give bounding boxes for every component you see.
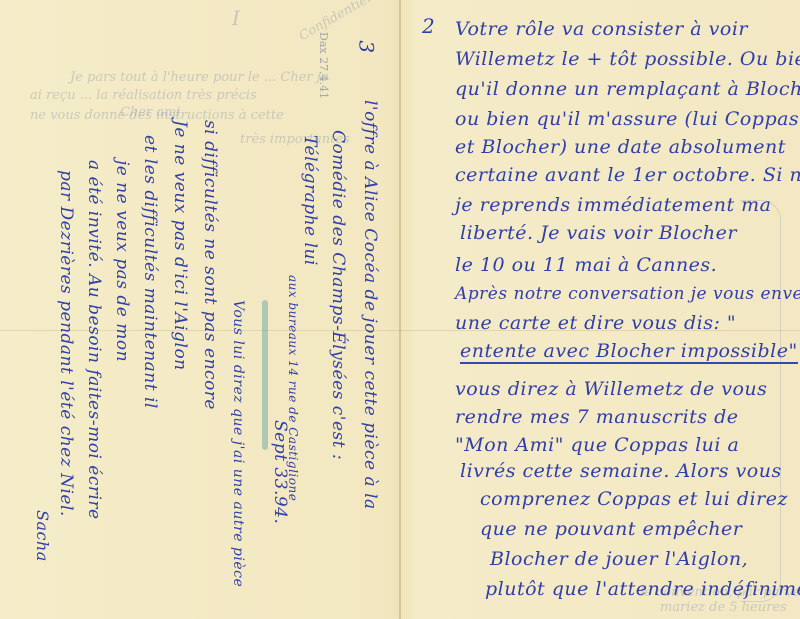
letter-line: plutôt que l'attendre indéfiniment — [485, 578, 800, 600]
letter-line: comprenez Coppas et lui direz — [480, 488, 788, 510]
letter-line: Comédie des Champs-Élysées c'est : — [328, 130, 348, 460]
letter-line: si difficultés ne sont pas encore — [200, 120, 220, 410]
letter-line: "Mon Ami" que Coppas lui a — [455, 434, 739, 456]
letter-line: Willemetz le + tôt possible. Ou bien — [455, 48, 800, 70]
letter-line: a été invité. Au besoin faites-moi écrir… — [84, 160, 104, 520]
right-page: 2 Votre rôle va consister à voir Willeme… — [400, 0, 800, 619]
confidential-note: Confidentiel — [297, 0, 374, 44]
letter-line: Je ne veux pas d'ici l'Aiglon — [170, 120, 190, 371]
letter-line: Après notre conversation je vous enverra… — [455, 284, 800, 304]
letter-line: l'offre à Alice Cocéa de jouer cette piè… — [360, 100, 380, 510]
letter-line: vous direz à Willemetz de vous — [455, 378, 767, 400]
letter-line: et les difficultés maintenant il — [140, 135, 160, 409]
letter-line: Votre rôle va consister à voir — [455, 18, 748, 40]
letter-line: et Blocher) une date absolument — [455, 136, 786, 158]
letter-line: je ne veux pas de mon — [112, 160, 132, 362]
letter-line: Télégraphe lui — [300, 135, 320, 266]
page-numeral: I — [232, 6, 240, 30]
letter-line: par Dezrières pendant l'été chez Niel. — [56, 170, 76, 517]
left-page: I Dax 27.4.41 Confidentiel 3 l'offre à A… — [0, 0, 400, 619]
letter-sheet: Cher ami Je pars tout à l'heure pour le … — [0, 0, 800, 619]
letter-line: que ne pouvant empêcher — [480, 518, 742, 540]
page-mark: 3 — [355, 40, 379, 53]
letter-line: Vous lui direz que j'ai une autre pièce — [230, 300, 246, 587]
letter-line: Blocher de jouer l'Aiglon, — [490, 548, 748, 570]
letter-line: une carte et dire vous dis: " — [455, 312, 736, 334]
signature: Sacha — [33, 510, 52, 562]
letter-line: rendre mes 7 manuscrits de — [455, 406, 738, 428]
letter-line: liberté. Je vais voir Blocher — [460, 222, 737, 244]
letter-line: je reprends immédiatement ma — [455, 194, 772, 216]
date-note: Dax 27.4.41 — [317, 32, 330, 99]
letter-line: Sept 33.94. — [270, 420, 290, 524]
letter-line: le 10 ou 11 mai à Cannes. — [455, 254, 717, 276]
letter-line: certaine avant le 1er octobre. Si non — [455, 164, 800, 186]
letter-line: livrés cette semaine. Alors vous — [460, 460, 782, 482]
letter-line: ou bien qu'il m'assure (lui Coppas — [455, 108, 799, 130]
letter-line-underlined: entente avec Blocher impossible" — [460, 340, 798, 364]
letter-line: qu'il donne un remplaçant à Blocher — [455, 78, 800, 100]
page-number: 2 — [422, 14, 435, 38]
